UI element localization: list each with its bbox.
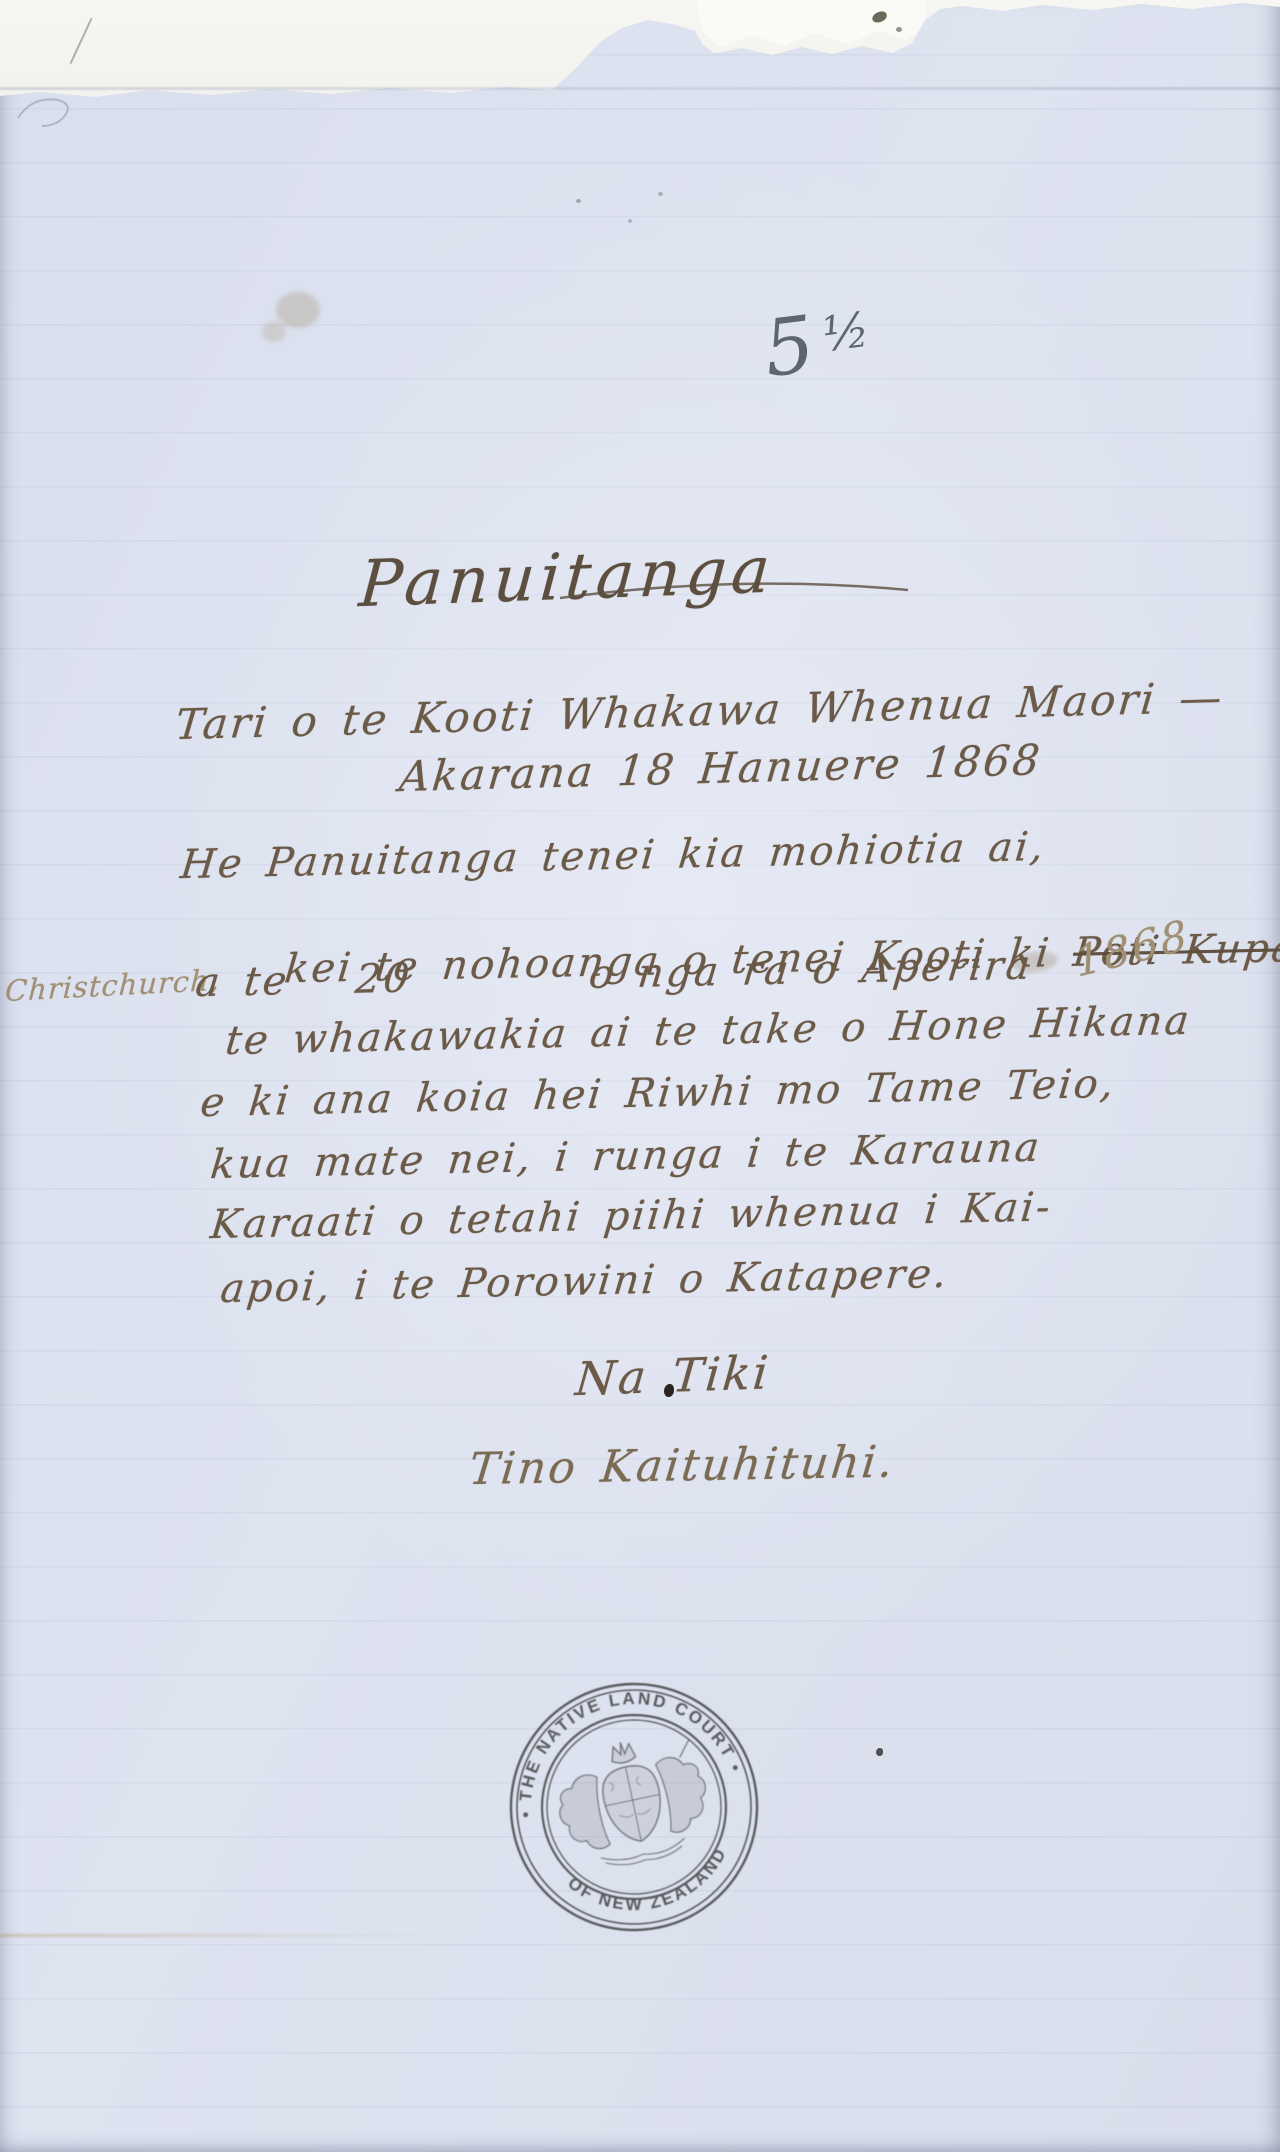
ink-speck-right xyxy=(876,1748,883,1756)
stain-line-bottom xyxy=(0,1934,440,1937)
court-stamp: • THE NATIVE LAND COURT • OF NEW ZEALAND xyxy=(505,1678,763,1936)
signature-name: Na Tiki xyxy=(573,1345,772,1406)
coat-of-arms-icon xyxy=(548,1727,718,1876)
signature-role: Tino Kaituhituhi. xyxy=(467,1437,898,1496)
title-flourish xyxy=(0,0,1280,700)
scanned-document-page: 5½ Panuitanga Tari o te Kooti Whakawa Wh… xyxy=(0,0,1280,2152)
